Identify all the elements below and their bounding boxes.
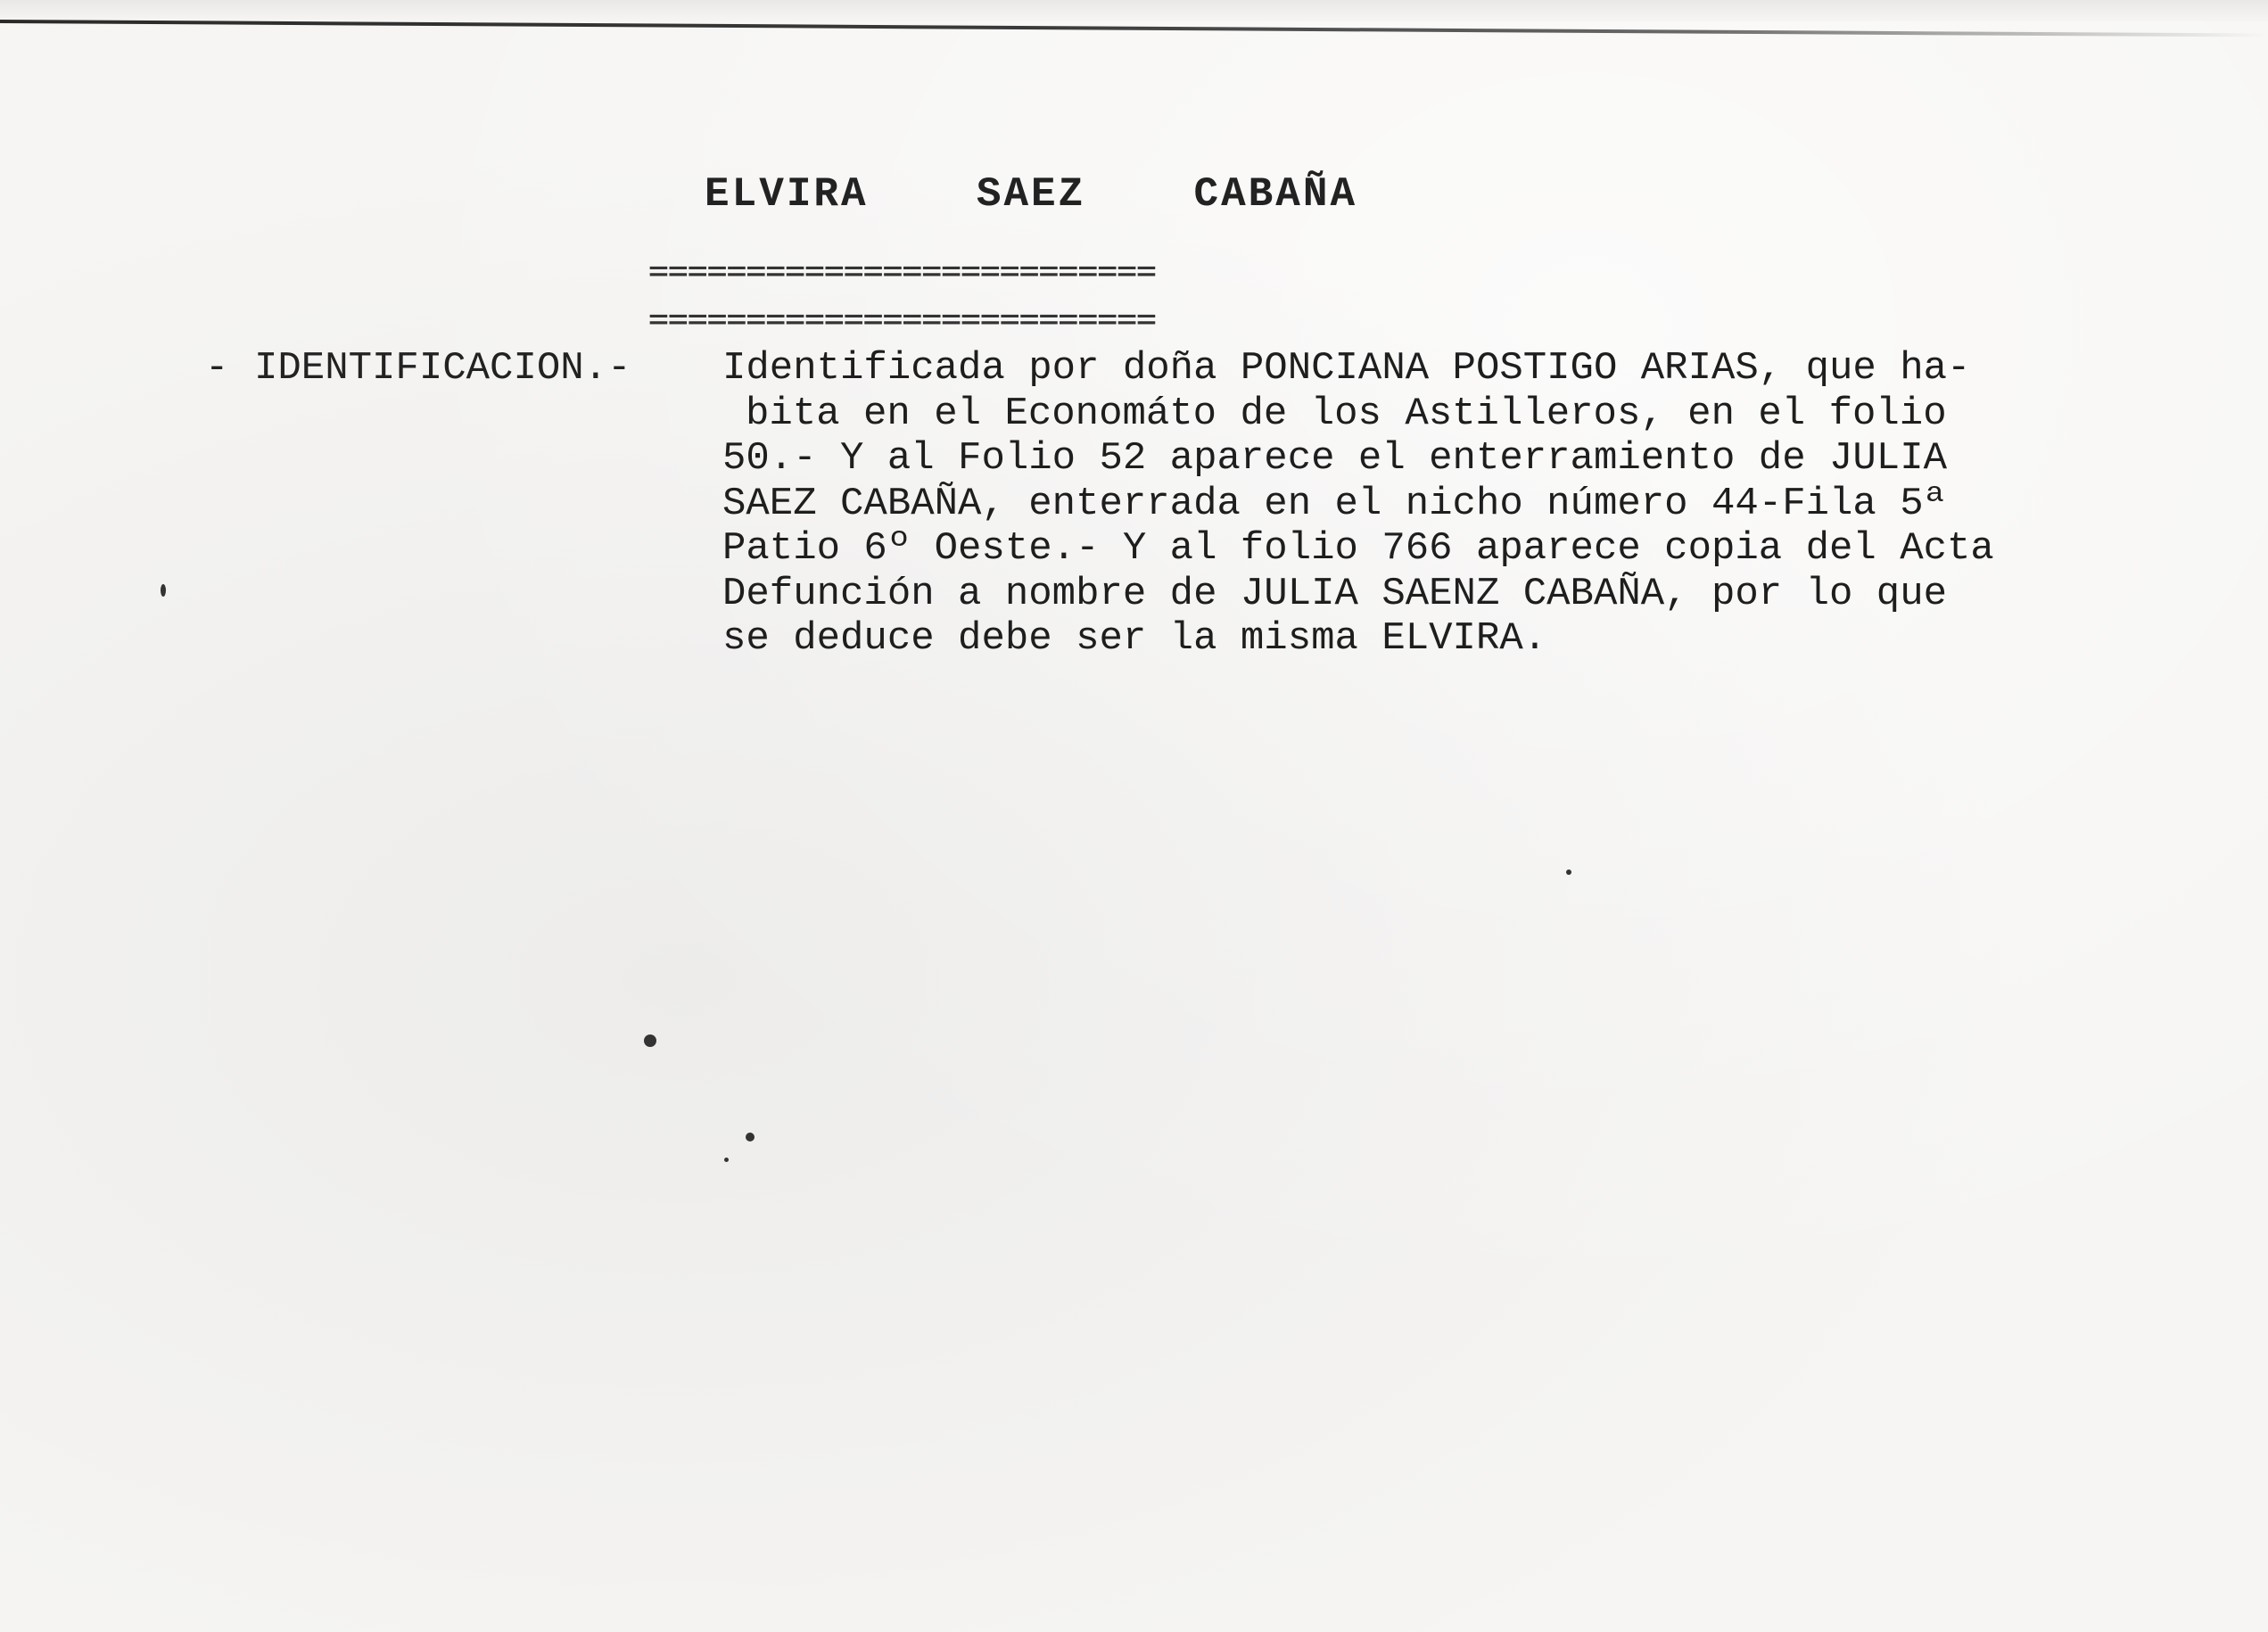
body-line: bita en el Economáto de los Astilleros, … <box>722 392 2256 437</box>
scan-speck <box>644 1034 656 1047</box>
paper-sheet: ELVIRA SAEZ CABAÑA =====================… <box>0 0 2268 1632</box>
scan-speck <box>746 1133 755 1142</box>
body-line: se deduce debe ser la misma ELVIRA. <box>722 616 2256 662</box>
underline-row-1: ========================== <box>648 262 1156 278</box>
underline-row-2: ========================== <box>648 310 1156 326</box>
title-underline: ========================== =============… <box>648 230 1156 359</box>
section-label: IDENTIFICACION.- <box>254 346 631 391</box>
paper-top-edge <box>0 20 2268 37</box>
scan-speck <box>724 1158 729 1162</box>
body-line: Identificada por doña PONCIANA POSTIGO A… <box>722 346 2256 392</box>
scan-speck <box>161 584 166 597</box>
scan-top-shadow <box>0 0 2268 21</box>
section-body: Identificada por doña PONCIANA POSTIGO A… <box>722 346 2256 662</box>
body-line: Patio 6º Oeste.- Y al folio 766 aparece … <box>722 526 2256 572</box>
body-line: SAEZ CABAÑA, enterrada en el nicho númer… <box>722 482 2256 527</box>
document-title: ELVIRA SAEZ CABAÑA <box>705 171 1357 218</box>
body-line: Defunción a nombre de JULIA SAENZ CABAÑA… <box>722 572 2256 617</box>
scan-speck <box>1566 870 1571 875</box>
body-line: 50.- Y al Folio 52 aparece el enterramie… <box>722 436 2256 482</box>
section-bullet: - <box>205 346 228 391</box>
